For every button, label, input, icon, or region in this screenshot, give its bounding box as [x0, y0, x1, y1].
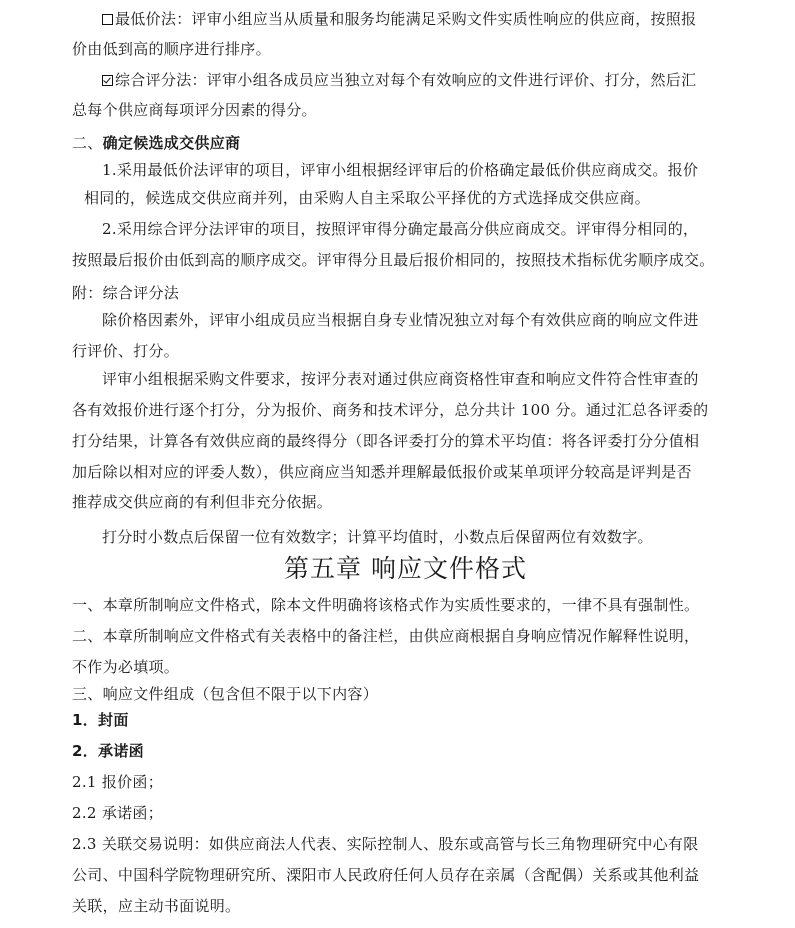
list-item: 2.3 关联交易说明：如供应商法人代表、实际控制人、股东或高管与长三角物理研究中…	[72, 834, 699, 854]
list-heading-commitment: 2．承诺函	[72, 741, 144, 761]
checkbox-checked-icon	[102, 75, 113, 86]
paragraph-line: 总每个供应商每项评分因素的得分。	[72, 100, 317, 120]
paragraph-line: 除价格因素外，评审小组成员应当根据自身专业情况独立对每个有效供应商的响应文件进	[102, 310, 699, 330]
paragraph-line: 推荐成交供应商的有利但非充分依据。	[72, 492, 332, 512]
chapter-title: 第五章 响应文件格式	[284, 553, 527, 585]
paragraph-line: 二、本章所制响应文件格式有关表格中的备注栏，由供应商根据自身响应情况作解释性说明…	[72, 626, 699, 646]
paragraph-line: 评审小组根据采购文件要求，按评分表对通过供应商资格性审查和响应文件符合性审查的	[102, 369, 699, 389]
paragraph-line: 公司、中国科学院物理研究所、溧阳市人民政府任何人员存在亲属（含配偶）关系或其他利…	[72, 865, 699, 885]
paragraph-line: 按照最后报价由低到高的顺序成交。评审得分且最后报价相同的，按照技术指标优劣顺序成…	[72, 250, 715, 270]
section-heading: 二、确定候选成交供应商	[72, 133, 240, 153]
paragraph-line: 加后除以相对应的评委人数），供应商应当知悉并理解最低报价或某单项评分较高是评判是…	[72, 462, 692, 482]
paragraph-line: 打分时小数点后保留一位有效数字；计算平均值时，小数点后保留两位有效数字。	[102, 527, 653, 547]
paragraph-line: 三、响应文件组成（包含但不限于以下内容）	[72, 684, 378, 704]
appendix-label: 附：综合评分法	[72, 283, 179, 303]
paragraph-line: 一、本章所制响应文件格式，除本文件明确将该格式作为实质性要求的，一律不具有强制性…	[72, 595, 699, 615]
paragraph-line: 1.采用最低价法评审的项目，评审小组根据经评审后的价格确定最低价供应商成交。报价	[102, 160, 698, 180]
paragraph-line: 打分结果，计算各有效供应商的最终得分（即各评委打分的算术平均值：将各评委打分分值…	[72, 431, 699, 451]
list-heading-cover: 1．封面	[72, 710, 129, 730]
list-item: 2.2 承诺函；	[72, 803, 163, 823]
paragraph-line: 关联，应主动书面说明。	[72, 896, 240, 916]
paragraph-line: 相同的，候选成交供应商并列，由采购人自主采取公平择优的方式选择成交供应商。	[84, 188, 650, 208]
option-comprehensive-score: 综合评分法：评审小组各成员应当独立对每个有效响应的文件进行评价、打分，然后汇	[102, 70, 696, 90]
list-item: 2.1 报价函；	[72, 772, 163, 792]
paragraph-line: 不作为必填项。	[72, 657, 179, 677]
checkbox-unchecked-icon	[102, 14, 113, 25]
paragraph-line: 行评价、打分。	[72, 341, 179, 361]
paragraph-line: 2.采用综合评分法评审的项目，按照评审得分确定最高分供应商成交。评审得分相同的，	[102, 219, 698, 239]
option-lowest-price: 最低价法：评审小组应当从质量和服务均能满足采购文件实质性响应的供应商，按照报	[102, 9, 696, 29]
paragraph-line: 各有效报价进行逐个打分，分为报价、商务和技术评分，总分共计 100 分。通过汇总…	[72, 400, 708, 420]
paragraph-line: 价由低到高的顺序进行排序。	[72, 39, 271, 59]
